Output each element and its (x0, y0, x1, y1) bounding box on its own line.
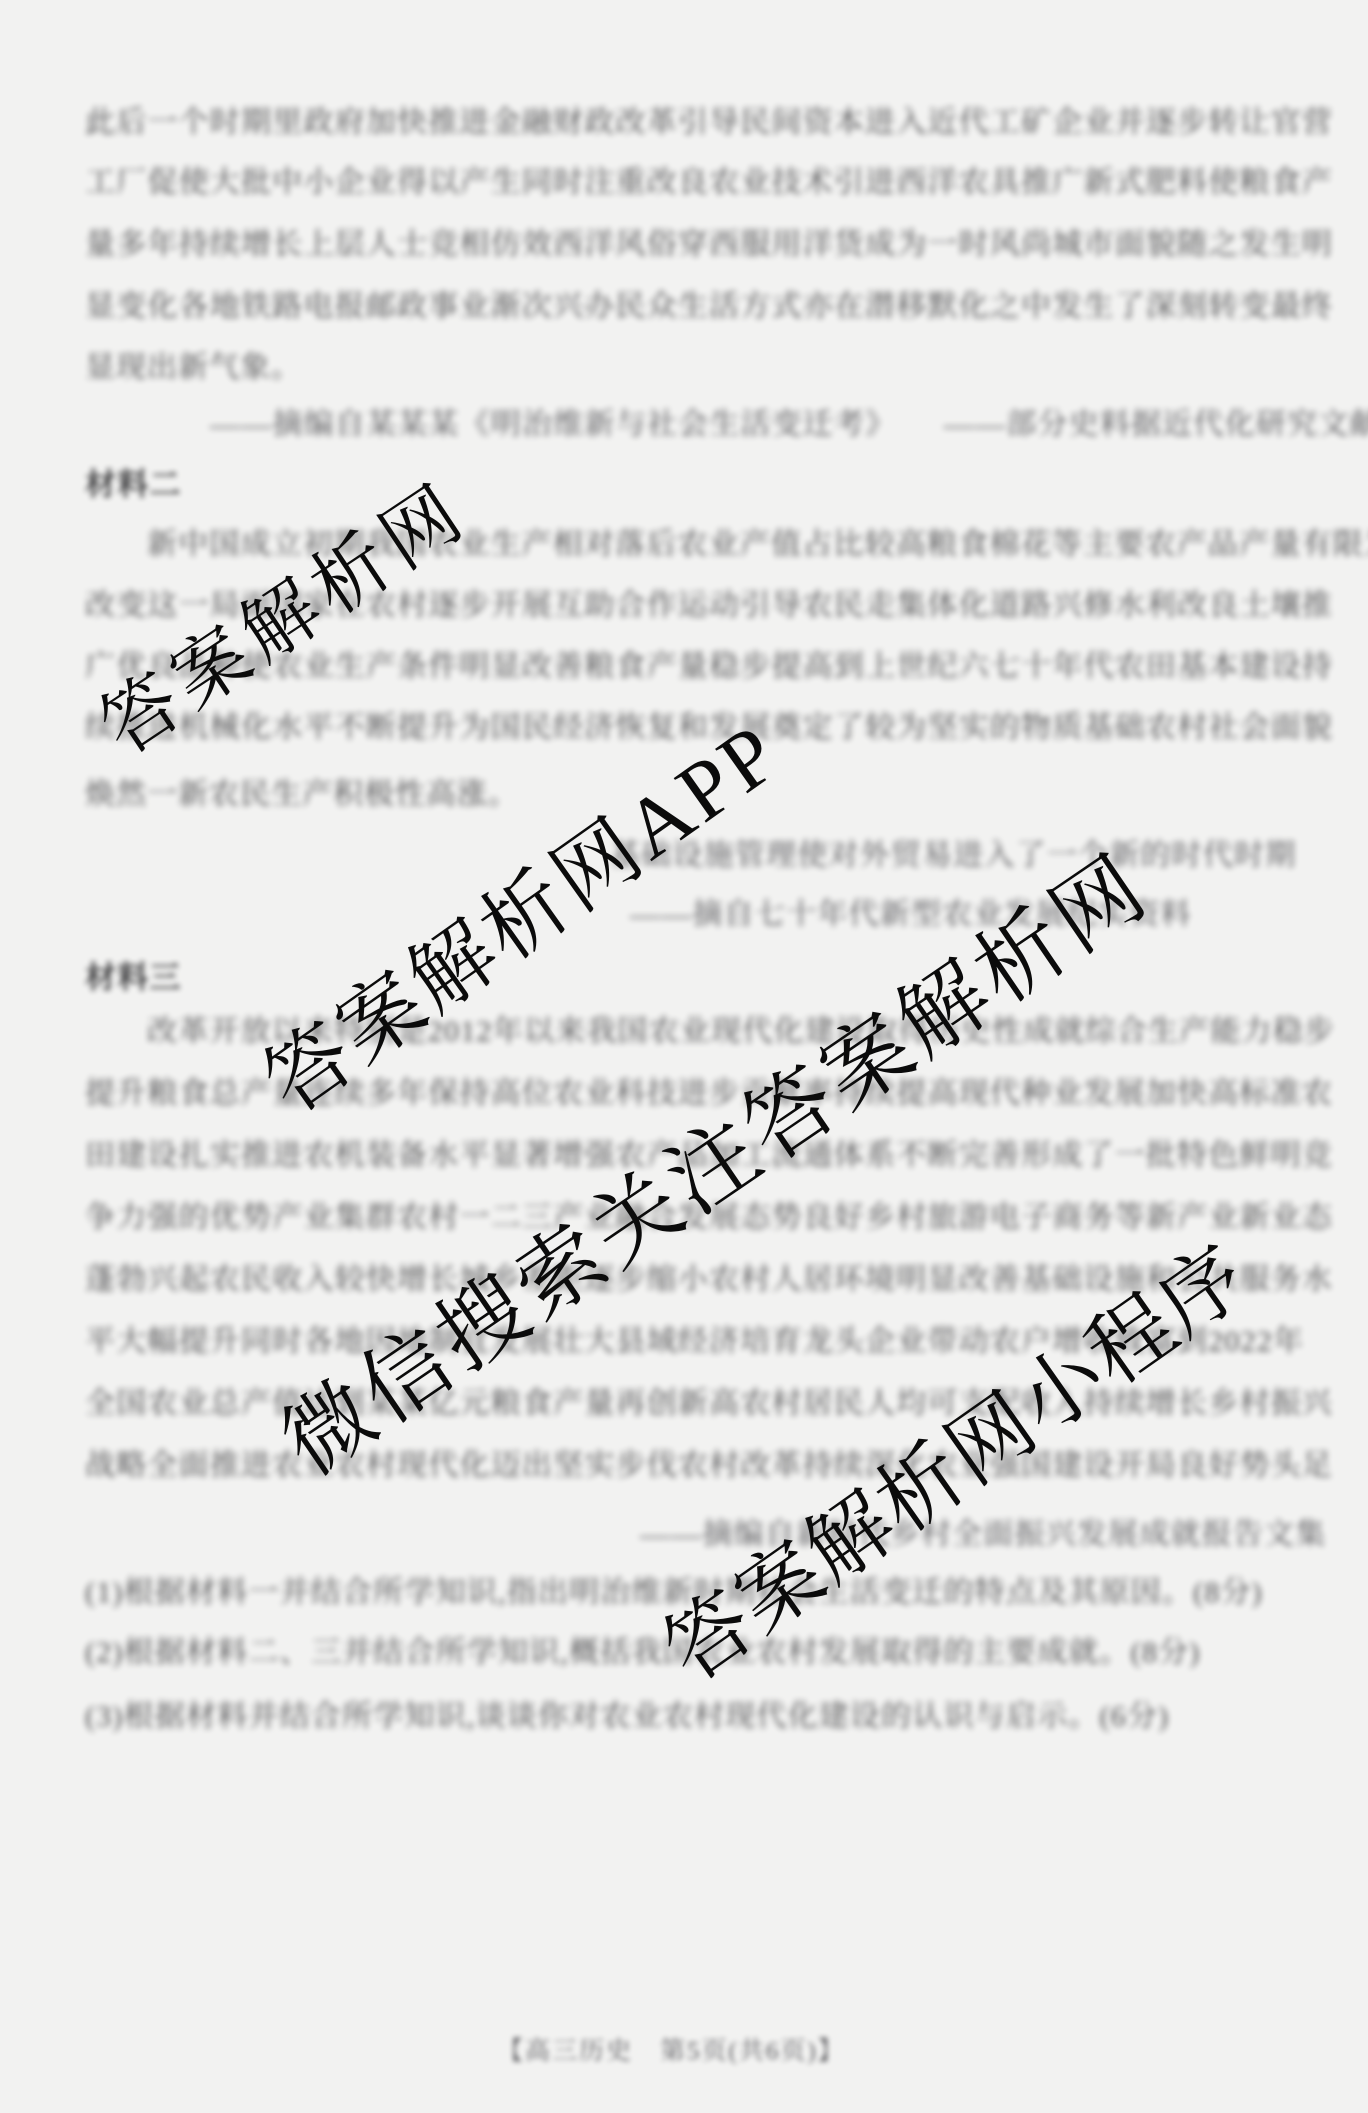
body-line: 显变化各地铁路电报邮政事业渐次兴办民众生活方式亦在潜移默化之中发生了深刻转变最终 (85, 287, 1333, 327)
page-footer-label: 【高三历史 第5页(共6页)】 (498, 2032, 845, 2072)
body-line: 战略全面推进农业农村现代化迈出坚实步伐农村改革持续深化农业强国建设开局良好势头足 (85, 1446, 1333, 1486)
body-line: 量多年持续增长上层人士竞相仿效西洋风俗穿西服用洋货成为一时风尚城市面貌随之发生明 (85, 225, 1333, 265)
section-heading-material-3: 材料三 (85, 958, 182, 998)
paragraph-end-line: 显现出新气象。 (85, 348, 302, 388)
question-line-3: (3)根据材料并结合所学知识,谈谈你对农业农村现代化建设的认识与启示。(6分) (85, 1697, 1169, 1737)
paragraph-end-line: 焕然一新农民生产积极性高涨。 (85, 775, 519, 815)
source-attribution: ——摘编自某某某《明治维新与社会生活变迁考》 ——部分史料据近代化研究文献资料整… (210, 405, 1368, 445)
section-heading-material-2: 材料二 (85, 465, 182, 505)
body-line: 此后一个时期里政府加快推进金融财政改革引导民间资本进入近代工矿企业并逐步转让官营 (85, 103, 1333, 143)
body-line: 工厂促使大批中小企业得以产生同时注重改良农业技术引进西洋农具推广新式肥料使粮食产 (85, 163, 1333, 203)
question-line-2: (2)根据材料二、三并结合所学知识,概括我国农业农村发展取得的主要成就。(8分) (85, 1633, 1200, 1673)
attribution-line: 基础设施管理使对外贸易进入了一个新的时代时期 (610, 836, 1296, 876)
source-attribution: ——摘编自新时代乡村全面振兴发展成就报告文集 (640, 1515, 1326, 1555)
scanned-exam-page: 此后一个时期里政府加快推进金融财政改革引导民间资本进入近代工矿企业并逐步转让官营… (0, 0, 1368, 2113)
